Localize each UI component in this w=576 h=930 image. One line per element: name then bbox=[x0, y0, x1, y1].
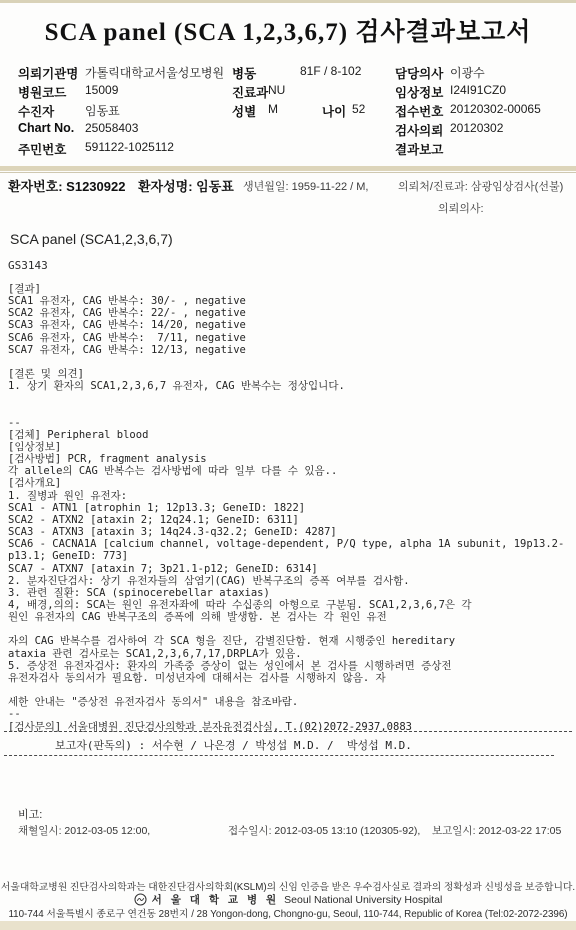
org-value: 가톨릭대학교서울성모병원 bbox=[85, 64, 224, 81]
report-line: SCA6 - CACNA1A [calcium channel, voltage… bbox=[8, 538, 574, 550]
hospital-name-kr: 서 울 대 학 교 병 원 bbox=[152, 892, 280, 907]
sex-value: M bbox=[268, 102, 278, 116]
hospital-name-en: Seoul National University Hospital bbox=[284, 894, 442, 906]
panel-title: SCA panel (SCA1,2,3,6,7) bbox=[10, 231, 173, 247]
hospital-address: 110-744 서울특별시 종로구 연건동 28번지 / 28 Yongon-d… bbox=[0, 906, 576, 920]
request-label: 검사의뢰 bbox=[395, 121, 443, 139]
chart-no-label: Chart No. bbox=[18, 121, 74, 135]
report-line: p13.1; GeneID: 773] bbox=[8, 550, 574, 562]
accreditation-text: 서울대학교병원 진단검사의학과는 대한진단검사의학회(KSLM)의 신임 인증을… bbox=[0, 879, 576, 893]
reporters-line: 보고자(판독의) : 서수현 / 나은경 / 박성섭 M.D. / 박성섭 M.… bbox=[55, 737, 412, 753]
beige-divider-band bbox=[0, 166, 576, 171]
dept-label: 진료과 bbox=[232, 83, 268, 101]
report-line: [검사개요] bbox=[8, 477, 574, 489]
receipt-no-value: 20120302-00065 bbox=[450, 102, 541, 116]
patient-value: 임동표 bbox=[85, 102, 120, 119]
report-line: 2. 분자진단검사: 상기 유전자들의 삼염기(CAG) 반복구조의 증폭 여부… bbox=[8, 575, 574, 587]
report-line: SCA7 유전자, CAG 반복수: 12/13, negative bbox=[8, 344, 574, 356]
header-row-3: 수진자 임동표 성별 M 나이 52 접수번호 20120302-00065 bbox=[0, 102, 576, 120]
resident-no-value: 591122-1025112 bbox=[85, 140, 174, 154]
report-line: SCA1 유전자, CAG 반복수: 30/- , negative bbox=[8, 295, 574, 307]
report-date-label: 결과보고 bbox=[395, 140, 443, 158]
report-line: -- bbox=[8, 708, 574, 720]
patient-number: 환자번호: S1230922 bbox=[8, 176, 125, 195]
patient-label: 수진자 bbox=[18, 102, 54, 120]
resident-no-label: 주민번호 bbox=[18, 140, 66, 158]
report-line: 5. 증상전 유전자검사: 환자의 가족중 증상이 없는 성인에서 본 검사를 … bbox=[8, 660, 574, 672]
dashed-divider-bottom bbox=[4, 755, 554, 756]
clinical-info-label: 임상정보 bbox=[395, 83, 443, 101]
header-row-4: Chart No. 25058403 검사의뢰 20120302 bbox=[0, 121, 576, 139]
report-line bbox=[8, 684, 574, 696]
snuh-logo-icon bbox=[134, 893, 147, 906]
divider-hairline bbox=[0, 172, 576, 173]
report-line bbox=[8, 392, 574, 404]
dept-value: NU bbox=[268, 83, 285, 97]
age-value: 52 bbox=[352, 102, 365, 116]
ward-label: 병동 bbox=[232, 64, 256, 82]
report-line: SCA6 유전자, CAG 반복수: 7/11, negative bbox=[8, 332, 574, 344]
report-line bbox=[8, 623, 574, 635]
report-title: SCA panel (SCA 1,2,3,6,7) 검사결과보고서 bbox=[0, 12, 576, 48]
received-datetime: 접수일시: 2012-03-05 13:10 (120305-92), bbox=[228, 823, 420, 838]
report-line: -- bbox=[8, 417, 574, 429]
header-row-1: 의뢰기관명 가톨릭대학교서울성모병원 병동 81F / 8-102 담당의사 이… bbox=[0, 64, 576, 82]
request-value: 20120302 bbox=[450, 121, 503, 135]
chart-no-value: 25058403 bbox=[85, 121, 138, 135]
report-line: 원인 유전자의 CAG 반복구조의 증폭에 의해 발생함. 본 검사는 각 원인… bbox=[8, 611, 574, 623]
report-line: 세한 안내는 "증상전 유전자검사 동의서" 내용을 참조바람. bbox=[8, 696, 574, 708]
doctor-value: 이광수 bbox=[450, 64, 485, 81]
report-line: 자의 CAG 반복수를 검사하여 각 SCA 형을 진단, 감별진단함. 현재 … bbox=[8, 635, 574, 647]
dashed-divider-top bbox=[4, 731, 572, 732]
patient-name: 환자성명: 임동표 bbox=[138, 176, 234, 195]
report-line: 유전자검사 동의서가 필요함. 미성년자에 대해서는 검사를 시행하지 않음. … bbox=[8, 672, 574, 684]
sex-label: 성별 bbox=[232, 102, 256, 120]
scan-edge-bottom bbox=[0, 921, 576, 930]
referrer-dept: 의뢰처/진료과: 삼광임상검사(선불) bbox=[398, 178, 563, 194]
patient-birth: 생년월일: 1959-11-22 / M, bbox=[243, 178, 368, 194]
report-line: SCA3 - ATXN3 [ataxin 3; 14q24.3-q32.2; G… bbox=[8, 526, 574, 538]
collected-datetime: 채혈일시: 2012-03-05 12:00, bbox=[18, 823, 150, 838]
report-line: [임상정보] bbox=[8, 441, 574, 453]
report-line: SCA2 유전자, CAG 반복수: 22/- , negative bbox=[8, 307, 574, 319]
report-line: SCA1 - ATN1 [atrophin 1; 12p13.3; GeneID… bbox=[8, 502, 574, 514]
reported-datetime: 보고일시: 2012-03-22 17:05 bbox=[432, 823, 561, 838]
clinical-info-value: I24I91CZ0 bbox=[450, 83, 506, 97]
report-line: [검사방법] PCR, fragment analysis bbox=[8, 453, 574, 465]
ward-value: 81F / 8-102 bbox=[300, 64, 361, 78]
report-line: 4, 배경,의의: SCA는 원인 유전자좌에 따라 수십종의 아형으로 구분됨… bbox=[8, 599, 574, 611]
report-line: 각 allele의 CAG 반복수는 검사방법에 따라 일부 다를 수 있음.. bbox=[8, 465, 574, 477]
remark-label: 비고: bbox=[18, 806, 42, 822]
receipt-no-label: 접수번호 bbox=[395, 102, 443, 120]
report-line: SCA3 유전자, CAG 반복수: 14/20, negative bbox=[8, 319, 574, 331]
report-line: SCA7 - ATXN7 [ataxin 7; 3p21.1-p12; Gene… bbox=[8, 563, 574, 575]
report-line: SCA2 - ATXN2 [ataxin 2; 12q24.1; GeneID:… bbox=[8, 514, 574, 526]
report-line: [결론 및 의견] bbox=[8, 368, 574, 380]
age-label: 나이 bbox=[322, 102, 346, 120]
hospital-name-line: 서 울 대 학 교 병 원 Seoul National University … bbox=[0, 892, 576, 907]
report-line: 3. 관련 질환: SCA (spinocerebellar ataxias) bbox=[8, 587, 574, 599]
hospital-code-label: 병원코드 bbox=[18, 83, 66, 101]
referring-doctor: 의뢰의사: bbox=[438, 200, 484, 216]
scan-edge-top bbox=[0, 0, 576, 3]
report-body-lines: [결과]SCA1 유전자, CAG 반복수: 30/- , negativeSC… bbox=[8, 283, 574, 733]
lab-report-page: SCA panel (SCA 1,2,3,6,7) 검사결과보고서 의뢰기관명 … bbox=[0, 0, 576, 930]
report-line: 1. 상기 환자의 SCA1,2,3,6,7 유전자, CAG 반복수는 정상입… bbox=[8, 380, 574, 392]
report-line: [결과] bbox=[8, 283, 574, 295]
doctor-label: 담당의사 bbox=[395, 64, 443, 82]
header-row-2: 병원코드 15009 진료과 NU 임상정보 I24I91CZ0 bbox=[0, 83, 576, 101]
report-line bbox=[8, 356, 574, 368]
header-row-5: 주민번호 591122-1025112 결과보고 bbox=[0, 140, 576, 158]
report-line: ataxia 관련 검사로는 SCA1,2,3,6,7,17,DRPLA가 있음… bbox=[8, 648, 574, 660]
hospital-code-value: 15009 bbox=[85, 83, 118, 97]
report-line bbox=[8, 405, 574, 417]
report-line: [검체] Peripheral blood bbox=[8, 429, 574, 441]
org-label: 의뢰기관명 bbox=[18, 64, 78, 82]
test-code: GS3143 bbox=[8, 259, 48, 272]
report-line: 1. 질병과 원인 유전자: bbox=[8, 490, 574, 502]
